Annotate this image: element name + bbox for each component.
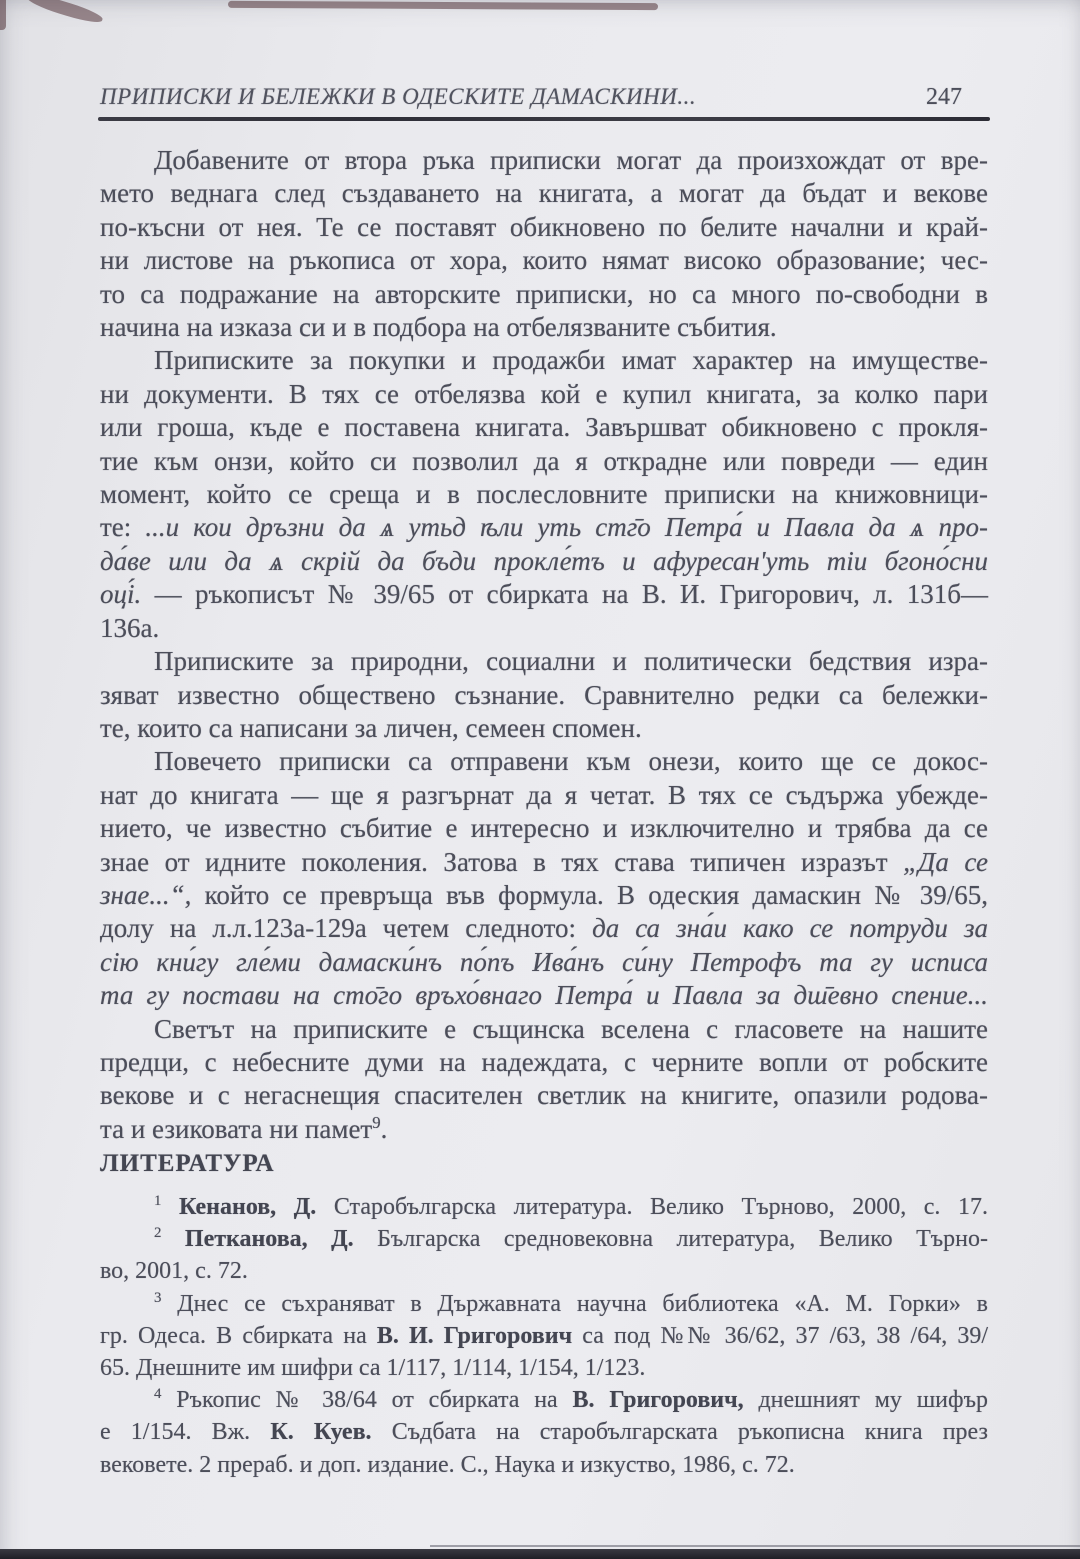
scan-artifact-top-left — [26, 0, 104, 26]
footnote-line: вековете. 2 прераб. и доп. издание. С., … — [100, 1449, 988, 1481]
paragraph-line: то са подражание на авторските приписки,… — [100, 278, 988, 311]
paragraph-line: та гу постави на сто̄го връхо́внаго Петр… — [100, 979, 988, 1012]
page-number: 247 — [926, 84, 962, 111]
paragraph-line: Повечето приписки са отправени към онези… — [100, 745, 988, 778]
footnote-line: во, 2001, с. 72. — [100, 1255, 988, 1287]
paragraph-line: нието, че известно събитие е интересно и… — [100, 812, 988, 845]
paragraph-line: нат до книгата — ще я разгърнат да я чет… — [100, 779, 988, 812]
paragraph-line: знае от идните поколения. Затова в тях с… — [100, 846, 988, 879]
running-header-title: ПРИПИСКИ И БЕЛЕЖКИ В ОДЕСКИТЕ ДАМАСКИНИ.… — [100, 84, 800, 110]
paragraph-line: начина на изказа си и в подбора на отбел… — [100, 311, 988, 344]
footnote-line: 1 Кенанов, Д. Старобългарска литература.… — [100, 1191, 988, 1223]
scanned-page: ПРИПИСКИ И БЕЛЕЖКИ В ОДЕСКИТЕ ДАМАСКИНИ.… — [0, 0, 1080, 1559]
paragraph-line: те: ...и кои дръзни да ѧ утьд ѣли уть ст… — [100, 511, 988, 544]
literature-heading: ЛИТЕРАТУРА — [100, 1150, 275, 1178]
paragraph-line: те, които са написани за личен, семеен с… — [100, 712, 988, 745]
scan-artifact-bottom-line — [430, 1545, 1080, 1547]
paragraph-line: да́ве или да ѧ скрій да бъди прокле́тъ и… — [100, 545, 988, 578]
footnote-line: 3 Днес се съхраняват в Държавната научна… — [100, 1288, 988, 1320]
scan-artifact-top-strip — [228, 1, 658, 10]
body-text: Добавените от втора ръка приписки могат … — [100, 144, 988, 1146]
footnote-line: 4 Ръкопис № 38/64 от сбирката на В. Григ… — [100, 1384, 988, 1416]
paragraph-line: сію кни́гу гле́ми дамаски́нъ по́пъ Ива́н… — [100, 946, 988, 979]
header-divider — [98, 117, 990, 121]
paragraph-line: Приписките за природни, социални и полит… — [100, 645, 988, 678]
footnote-line: е 1/154. Вж. К. Куев. Съдбата на старобъ… — [100, 1416, 988, 1448]
paragraph-line: та и езиковата ни памет9. — [100, 1113, 988, 1146]
paragraph-line: долу на л.л.123а-129а четем следното: да… — [100, 912, 988, 945]
paragraph-line: зяват известно обществено съзнание. Срав… — [100, 679, 988, 712]
paragraph-line: ни листове на ръкописа от хора, които ня… — [100, 244, 988, 277]
paragraph-line: Добавените от втора ръка приписки могат … — [100, 144, 988, 177]
paragraph-line: по-късни от нея. Те се поставят обикнове… — [100, 211, 988, 244]
footnote-line: 65. Днешните им шифри са 1/117, 1/114, 1… — [100, 1352, 988, 1384]
paragraph-line: Приписките за покупки и продажби имат ха… — [100, 344, 988, 377]
paragraph-line: мето веднага след създаването на книгата… — [100, 177, 988, 210]
paragraph-line: оці́. — ръкописът № 39/65 от сбирката на… — [100, 578, 988, 611]
scan-artifact-bottom-edge — [0, 1549, 1080, 1559]
paragraph-line: или гроша, къде е поставена книгата. Зав… — [100, 411, 988, 444]
paragraph-line: 136а. — [100, 612, 988, 645]
paragraph-line: Светът на приписките е същинска вселена … — [100, 1013, 988, 1046]
footnote-line: 2 Петканова, Д. Българска средновековна … — [100, 1223, 988, 1255]
footnotes: 1 Кенанов, Д. Старобългарска литература.… — [100, 1191, 988, 1481]
paragraph-line: момент, който се среща и в послесловните… — [100, 478, 988, 511]
paragraph-line: знае...“, който се превръща във формула.… — [100, 879, 988, 912]
paragraph-line: тие към онзи, който си позволил да я отк… — [100, 445, 988, 478]
paragraph-line: векове и с негаснещия спасителен светлик… — [100, 1079, 988, 1112]
footnote-line: гр. Одеса. В сбирката на В. И. Григорови… — [100, 1320, 988, 1352]
scan-artifact-left-edge — [0, 0, 6, 30]
paragraph-line: ни документи. В тях се отбелязва кой е к… — [100, 378, 988, 411]
paragraph-line: предци, с небесните думи на надеждата, с… — [100, 1046, 988, 1079]
